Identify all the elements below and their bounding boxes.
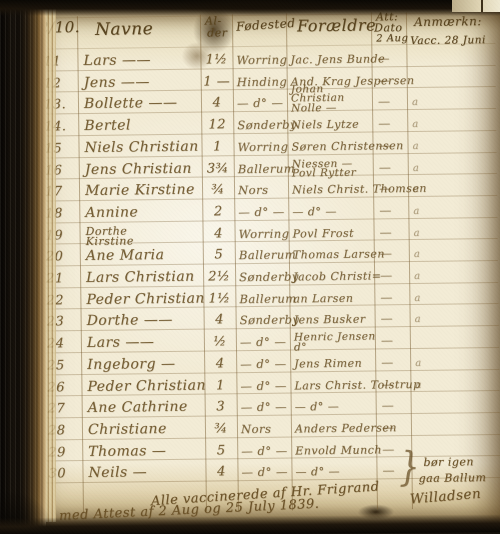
birthplace-value: — d° — — [237, 96, 289, 111]
attest-mark: — — [377, 51, 403, 65]
attest-mark: — — [380, 268, 406, 282]
parent-name: an Larsen — [293, 291, 377, 305]
age-value: 12 — [203, 117, 231, 132]
child-name: Bertel — [84, 117, 204, 134]
child-name: Jens Christian — [85, 160, 205, 177]
parent-name: Lars Christ. Tolstrup — [294, 378, 378, 392]
child-name: Annine — [85, 203, 205, 220]
birthplace-value: Worring — [239, 226, 291, 241]
brace-remark-line1: bør igen — [423, 455, 474, 469]
age-value: 1 — — [203, 74, 231, 89]
age-value: 5 — [207, 443, 235, 458]
remark-mark: a — [414, 249, 434, 260]
attest-mark: — — [379, 181, 405, 195]
attest-mark: — — [381, 333, 407, 347]
child-name: Peder Christian — [87, 377, 207, 394]
column-header-remark-1: Anmærkn: — [414, 14, 482, 29]
age-value: 1½ — [205, 291, 233, 306]
next-page-corner-line — [481, 0, 483, 12]
attest-mark: — — [378, 94, 404, 108]
parent-name: Søren Christensen — [291, 139, 375, 153]
attest-mark: — — [381, 355, 407, 369]
parent-name: Jac. Jens Bunde — [290, 52, 374, 66]
attest-mark: — — [378, 138, 404, 152]
age-value: 3 — [207, 399, 235, 414]
birthplace-value: — d° — — [240, 356, 292, 371]
parent-name: — d° — — [295, 400, 379, 414]
child-name: Peder Christian — [86, 290, 206, 307]
remark-mark: a — [412, 119, 432, 130]
child-name: Marie Kirstine — [85, 182, 205, 199]
remark-mark: a — [414, 227, 434, 238]
book-spine — [0, 0, 46, 534]
remark-mark: a — [412, 141, 432, 152]
signature: Willadsen — [409, 486, 481, 508]
child-name: Niels Christian — [84, 138, 204, 155]
child-name: Ane Cathrine — [88, 399, 208, 416]
birthplace-value: — d° — — [240, 378, 292, 393]
age-value: 4 — [206, 356, 234, 371]
remark-mark: a — [415, 379, 435, 390]
remark-mark: a — [415, 314, 435, 325]
birthplace-value: Sønderby — [239, 269, 291, 284]
birthplace-value: — d° — — [241, 443, 293, 458]
remark-mark: a — [412, 97, 432, 108]
birthplace-value: Ballerum — [239, 248, 291, 263]
birthplace-value: Worring — [236, 53, 288, 68]
parent-name: Niels Lytze — [291, 118, 375, 132]
remark-mark: a — [413, 162, 433, 173]
age-value: ¾ — [207, 421, 235, 436]
age-value: 5 — [205, 248, 233, 263]
age-value: ¾ — [204, 182, 232, 197]
birthplace-value: Sønderby — [237, 118, 289, 133]
parent-name: — d° — — [295, 465, 379, 479]
parent-name: Anders Pedersen — [295, 421, 379, 435]
age-value: 1 — [206, 378, 234, 393]
child-name: Lars —— — [83, 52, 203, 69]
remark-mark: a — [414, 271, 434, 282]
remark-mark: a — [413, 206, 433, 217]
register-table: 2/10. Navne Al- der Fødested Forældre At… — [0, 0, 500, 534]
parent-name: — d° — — [292, 204, 376, 218]
brace-glyph: } — [399, 444, 420, 490]
age-value: 2 — [204, 204, 232, 219]
parent-name: Envold Munch — [295, 443, 379, 457]
attest-mark: — — [379, 203, 405, 217]
parent-name: Niels Christ. Thomsen — [292, 183, 376, 197]
age-value: 4 — [204, 226, 232, 241]
birthplace-value: — d° — — [241, 400, 293, 415]
parent-name: Jens Busker — [294, 313, 378, 327]
child-name: Jens —— — [84, 73, 204, 90]
child-name: Ingeborg — — [87, 355, 207, 372]
child-name: Dorthe —— — [87, 312, 207, 329]
next-page-corner — [452, 0, 500, 12]
age-value: 2½ — [205, 269, 233, 284]
attest-mark: — — [381, 377, 407, 391]
top-shadow — [150, 0, 370, 22]
attest-mark: — — [378, 73, 404, 87]
age-value: 1 — [203, 139, 231, 154]
parent-name: Povl Frost — [293, 226, 377, 240]
age-value: 3¾ — [204, 161, 232, 176]
parent-name: Thomas Larsen — [293, 248, 377, 262]
birthplace-value: Nors — [238, 183, 290, 198]
parent-name: Jacob Christi= — [293, 269, 377, 283]
child-name: Lars —— — [87, 334, 207, 351]
remark-mark: a — [413, 184, 433, 195]
attest-mark: — — [382, 398, 408, 412]
child-name: Bollette —— — [84, 95, 204, 112]
child-name: Neils — — [88, 464, 208, 481]
birthplace-value: Worring — [237, 139, 289, 154]
age-value: 1½ — [202, 52, 230, 67]
birthplace-value: — d° — — [240, 335, 292, 350]
child-name: Christiane — [88, 420, 208, 437]
birthplace-value: — d° — — [238, 204, 290, 219]
age-value: ½ — [206, 334, 234, 349]
column-header-name: Navne — [95, 19, 153, 40]
column-header-att-3: 2 Aug — [376, 33, 408, 44]
birthplace-value: Sønderby — [240, 313, 292, 328]
child-name: Thomas — — [88, 442, 208, 459]
attest-mark: — — [380, 246, 406, 260]
attest-mark: — — [379, 160, 405, 174]
birthplace-value: Nors — [241, 421, 293, 436]
attest-mark: — — [382, 420, 408, 434]
age-value: 4 — [206, 313, 234, 328]
age-value: 4 — [203, 96, 231, 111]
birthplace-value: Ballerum — [238, 161, 290, 176]
remark-mark: a — [414, 292, 434, 303]
child-name: Lars Christian — [86, 269, 206, 286]
scanned-register-page: 2/10. Navne Al- der Fødested Forældre At… — [0, 0, 500, 534]
birthplace-value: Ballerum — [239, 291, 291, 306]
attest-mark: — — [378, 116, 404, 130]
remark-mark: a — [415, 358, 435, 369]
parent-name: Jens Rimen — [294, 356, 378, 370]
birthplace-value: Hinding — [237, 74, 289, 89]
column-header-age-2: der — [207, 26, 227, 39]
attest-mark: — — [381, 311, 407, 325]
age-value: 4 — [207, 464, 235, 479]
photo-border-bottom — [0, 514, 500, 534]
attest-mark: — — [379, 225, 405, 239]
brace-remark-line2: gaa Ballum — [419, 471, 487, 485]
attest-mark: — — [380, 290, 406, 304]
birthplace-value: — d° — — [241, 465, 293, 480]
child-name: Ane Maria — [86, 247, 206, 264]
